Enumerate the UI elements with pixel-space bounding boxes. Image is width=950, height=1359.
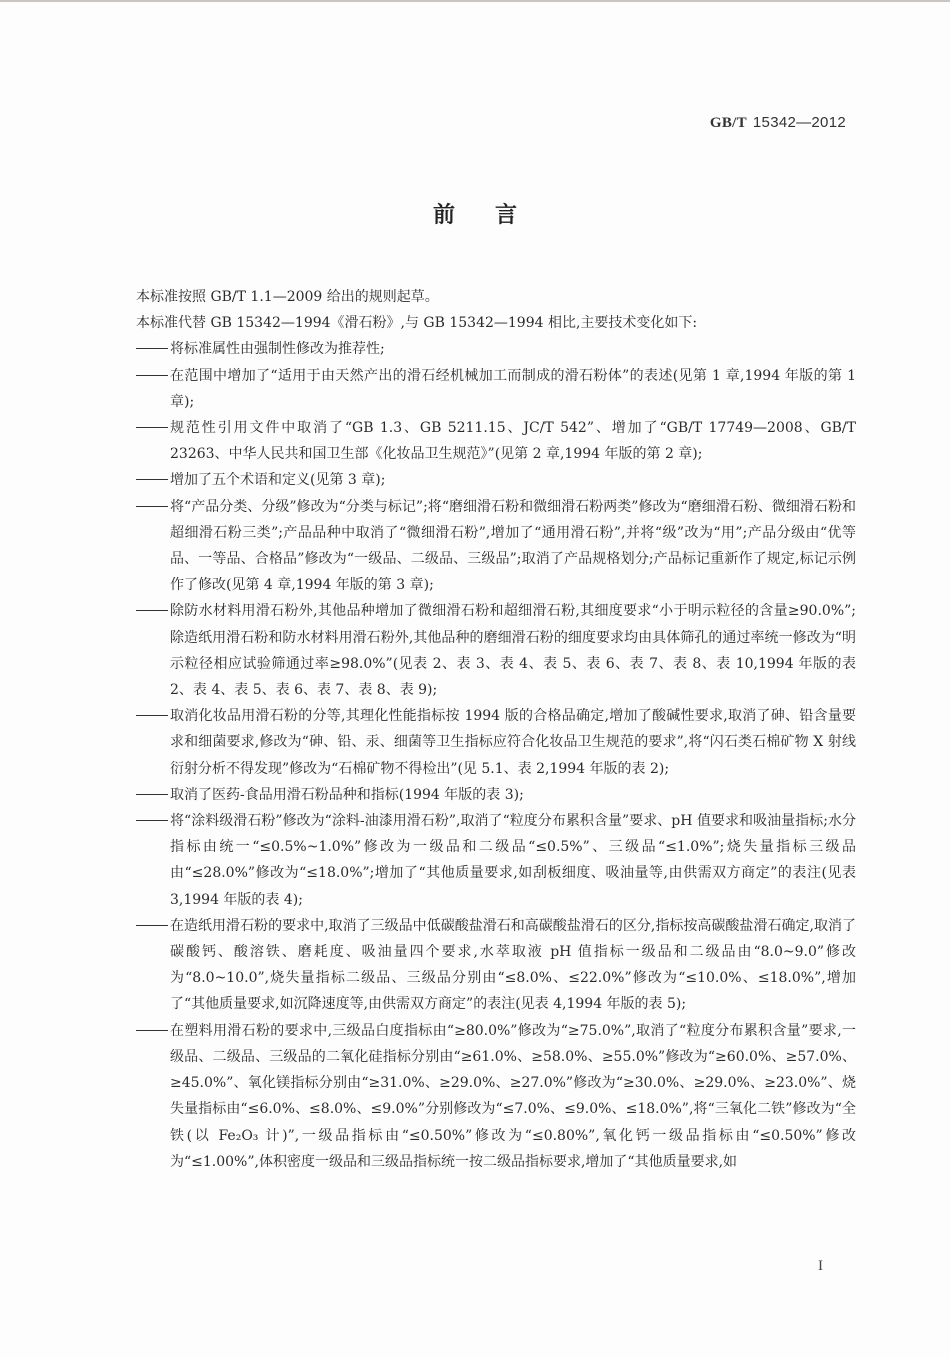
change-item: 在塑料用滑石粉的要求中,三级品白度指标由“≥80.0%”修改为“≥75.0%”,… bbox=[136, 1018, 856, 1175]
dash-bullet bbox=[136, 715, 168, 716]
standard-number: 15342—2012 bbox=[753, 114, 846, 131]
change-item: 将标准属性由强制性修改为推荐性; bbox=[136, 336, 856, 362]
dash-bullet bbox=[136, 1030, 168, 1031]
dash-bullet bbox=[136, 375, 168, 376]
intro-paragraph: 本标准代替 GB 15342—1994《滑石粉》,与 GB 15342—1994… bbox=[136, 310, 856, 336]
change-item: 取消了医药-食品用滑石粉品种和指标(1994 年版的表 3); bbox=[136, 782, 856, 808]
change-text: 将“涂料级滑石粉”修改为“涂料-油漆用滑石粉”,取消了“粒度分布累积含量”要求、… bbox=[170, 813, 856, 908]
standard-prefix: GB/T bbox=[710, 115, 747, 131]
change-text: 增加了五个术语和定义(见第 3 章); bbox=[170, 472, 385, 488]
dash-bullet bbox=[136, 427, 168, 428]
change-item: 除防水材料用滑石粉外,其他品种增加了微细滑石粉和超细滑石粉,其细度要求“小于明示… bbox=[136, 598, 856, 703]
change-text: 将“产品分类、分级”修改为“分类与标记”;将“磨细滑石粉和微细滑石粉两类”修改为… bbox=[170, 499, 856, 594]
change-item: 规范性引用文件中取消了“GB 1.3、GB 5211.15、JC/T 542”、… bbox=[136, 415, 856, 467]
change-item: 将“涂料级滑石粉”修改为“涂料-油漆用滑石粉”,取消了“粒度分布累积含量”要求、… bbox=[136, 808, 856, 913]
dash-bullet bbox=[136, 348, 168, 349]
scan-top-edge bbox=[0, 0, 950, 2]
foreword-body: 本标准按照 GB/T 1.1—2009 给出的规则起草。 本标准代替 GB 15… bbox=[136, 284, 856, 1175]
change-text: 除防水材料用滑石粉外,其他品种增加了微细滑石粉和超细滑石粉,其细度要求“小于明示… bbox=[170, 603, 856, 698]
dash-bullet bbox=[136, 794, 168, 795]
change-text: 规范性引用文件中取消了“GB 1.3、GB 5211.15、JC/T 542”、… bbox=[170, 420, 856, 462]
change-item: 将“产品分类、分级”修改为“分类与标记”;将“磨细滑石粉和微细滑石粉两类”修改为… bbox=[136, 494, 856, 599]
dash-bullet bbox=[136, 479, 168, 480]
change-text: 将标准属性由强制性修改为推荐性; bbox=[170, 341, 385, 357]
change-item: 在范围中增加了“适用于由天然产出的滑石经机械加工而制成的滑石粉体”的表述(见第 … bbox=[136, 363, 856, 415]
dash-bullet bbox=[136, 820, 168, 821]
dash-bullet bbox=[136, 506, 168, 507]
standard-code: GB/T15342—2012 bbox=[710, 114, 846, 132]
dash-bullet bbox=[136, 925, 168, 926]
change-text: 取消化妆品用滑石粉的分等,其理化性能指标按 1994 版的合格品确定,增加了酸碱… bbox=[170, 708, 856, 776]
change-item: 取消化妆品用滑石粉的分等,其理化性能指标按 1994 版的合格品确定,增加了酸碱… bbox=[136, 703, 856, 782]
intro-paragraph: 本标准按照 GB/T 1.1—2009 给出的规则起草。 bbox=[136, 284, 856, 310]
change-text: 取消了医药-食品用滑石粉品种和指标(1994 年版的表 3); bbox=[170, 787, 524, 803]
change-item: 在造纸用滑石粉的要求中,取消了三级品中低碳酸盐滑石和高碳酸盐滑石的区分,指标按高… bbox=[136, 913, 856, 1018]
dash-bullet bbox=[136, 610, 168, 611]
page-title: 前言 bbox=[0, 198, 950, 229]
change-text: 在造纸用滑石粉的要求中,取消了三级品中低碳酸盐滑石和高碳酸盐滑石的区分,指标按高… bbox=[170, 918, 856, 1013]
page-number: I bbox=[818, 1258, 823, 1275]
change-text: 在塑料用滑石粉的要求中,三级品白度指标由“≥80.0%”修改为“≥75.0%”,… bbox=[170, 1023, 856, 1170]
change-text: 在范围中增加了“适用于由天然产出的滑石经机械加工而制成的滑石粉体”的表述(见第 … bbox=[170, 368, 856, 410]
change-item: 增加了五个术语和定义(见第 3 章); bbox=[136, 467, 856, 493]
